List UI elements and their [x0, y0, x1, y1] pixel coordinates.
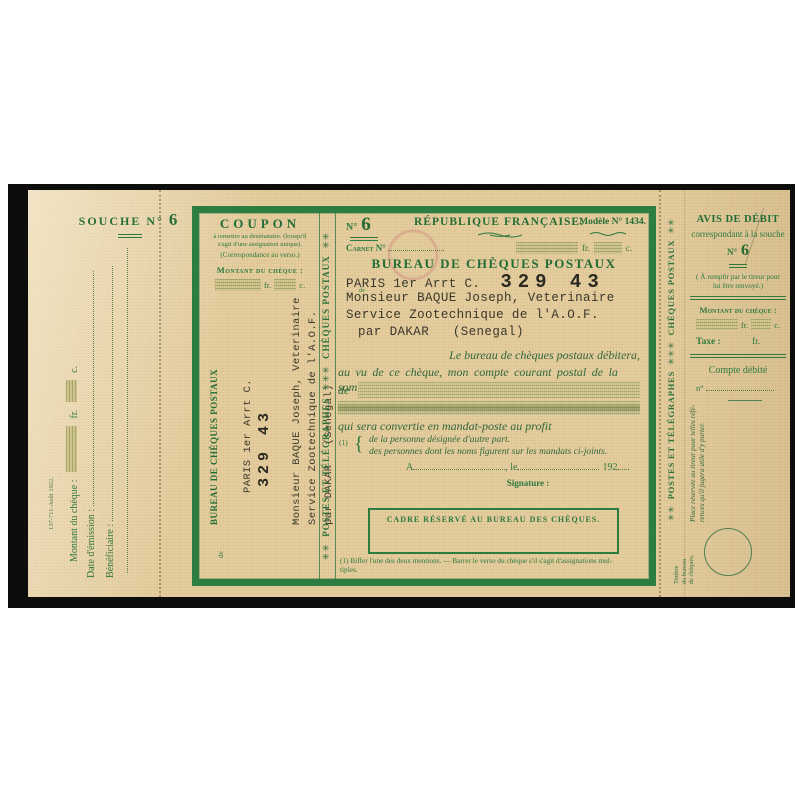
avis-account-writein: [706, 384, 774, 391]
coupon-typed-line1: PARIS 1er Arrt C. 329 43: [222, 307, 289, 525]
souche-underline: [118, 234, 142, 238]
typed-line1: PARIS 1er Arrt C. 329 43: [346, 271, 605, 293]
avis-place-note: Place réservée au tireur pour telles réf…: [689, 398, 706, 522]
avis-amount-row: fr. c.: [688, 319, 788, 330]
avis-taxe-fr: fr.: [752, 337, 760, 347]
option-1: de la personne désignée d'autre part.: [369, 435, 510, 445]
convert-clause: qui sera convertie en mandat-poste au pr…: [338, 419, 552, 434]
souche-date-line: Date d'émission :: [86, 271, 97, 578]
cadre-label: CADRE RÉSERVÉ AU BUREAU DES CHÈQUES.: [370, 515, 617, 524]
souche-montant-line: Montant du chèque : fr. c.: [66, 366, 80, 562]
coupon-cents-box: [274, 279, 296, 291]
cheque-paper: SOUCHE N° 6 Montant du chèque : fr. c. D…: [28, 190, 790, 597]
amount-band-2: [338, 401, 640, 415]
coupon-note-3: (Correspondance au verso.): [201, 251, 319, 259]
avis-strip: ✳✳ POSTES ET TÉLÉGRAPHES ✳✳✳ CHÈQUES POS…: [666, 212, 677, 527]
avis-rule-2: [690, 354, 786, 358]
avis-number-underline: [729, 264, 747, 268]
souche-cents-box: [66, 380, 77, 402]
modele-flourish: [588, 231, 632, 237]
avis-subtitle: correspondant à la souche: [686, 229, 790, 239]
coupon-amount-row: fr. c.: [204, 279, 316, 291]
place-writein: [413, 463, 505, 471]
year-writein: [617, 463, 627, 471]
option-2: des personnes dont les noms figurent sur…: [369, 447, 607, 457]
de-somme: de: [338, 383, 349, 398]
coupon-typed-line2: Monsieur BAQUE Joseph, Veterinaire: [289, 307, 305, 525]
option-marker: (1): [339, 438, 348, 447]
souche-blank-line: [127, 248, 128, 573]
souche-imprint: 137-711-Août 1922.: [48, 477, 55, 530]
amount-band-1: [358, 382, 640, 398]
coupon-amount-box: [215, 279, 261, 291]
coupon-note-1: à remettre au destinataire. (lorsqu'il: [201, 233, 319, 240]
coupon-montant-label: Montant du chèque :: [201, 265, 319, 275]
avis-compte-label: Compte débité: [686, 365, 790, 376]
coupon-title: COUPON: [204, 216, 316, 232]
footnote-1: (1) Biffer l'une des deux mentions. — Ba…: [340, 556, 644, 565]
souche-title: SOUCHE N° 6: [56, 210, 200, 230]
avis-montant-label: Montant du chèque :: [686, 305, 790, 315]
souche-beneficiaire-writein: [106, 266, 114, 521]
perforation-souche: [159, 190, 161, 597]
typed-line4: par DAKAR (Senegal): [358, 325, 524, 339]
scanned-postal-cheque: SOUCHE N° 6 Montant du chèque : fr. c. D…: [0, 0, 800, 800]
avis-account-row: n°: [696, 383, 774, 393]
footnote-2: tiples.: [340, 565, 358, 574]
souche-amount-box: [66, 426, 77, 472]
postes-telegraphes-strip: ✳✳ POSTES ET TÉLÉGRAPHES ✳✳✳ CHÈQUES POS…: [321, 217, 332, 575]
option-brace: {: [354, 433, 364, 456]
typed-line3: Service Zootechnique de l'A.O.F.: [346, 308, 599, 322]
avis-timbre-note: Timbre du bureau de chèques.: [673, 526, 696, 584]
cheque-amount-box: [516, 242, 578, 254]
coupon-de-label: de: [217, 551, 225, 558]
strip-rule-right: [335, 213, 336, 579]
republique-flourish: [476, 231, 524, 238]
avis-amount-box: [696, 319, 738, 330]
perforation-avis: [659, 190, 661, 597]
coupon-note-2: s'agit d'une assignation unique).: [201, 241, 319, 248]
souche-date-writein: [87, 271, 95, 506]
cadre-box: CADRE RÉSERVÉ AU BUREAU DES CHÈQUES.: [368, 508, 619, 554]
day-writein: [517, 463, 599, 471]
bureau-title: BUREAU DE CHÈQUES POSTAUX: [346, 256, 642, 272]
avis-title: AVIS DE DÉBIT: [688, 214, 788, 225]
souche-beneficiaire-line: Bénéficiaire :: [105, 266, 116, 578]
souche-section: SOUCHE N° 6 Montant du chèque : fr. c. D…: [28, 190, 188, 597]
avis-short-line: [728, 400, 762, 401]
avis-number: N° 6: [688, 242, 788, 260]
signature-label: Signature :: [458, 478, 598, 488]
typed-line2: Monsieur BAQUE Joseph, Veterinaire: [346, 291, 615, 305]
cheque-amount-row: fr. c.: [516, 242, 632, 254]
cheque-number: N° 6: [346, 214, 371, 236]
avis-cents-box: [751, 319, 771, 330]
coupon-vertical-block: BUREAU DE CHÈQUES POSTAUX PARIS 1er Arrt…: [206, 307, 337, 525]
stamp-circle: [704, 528, 752, 576]
cheque-number-underline: [350, 237, 378, 241]
avis-note-1: ( À remplir par le tireur pour: [686, 272, 790, 281]
avis-taxe-label: Taxe :: [696, 337, 721, 347]
avis-note-2: lui être renvoyé.): [686, 281, 790, 290]
date-line: A , le 192 .: [406, 462, 630, 473]
strip-rule-left: [319, 213, 320, 579]
cheque-cents-box: [594, 242, 622, 254]
debit-clause-1: Le bureau de chèques postaux débitera,: [340, 348, 640, 363]
modele-number: Modèle N° 1434.: [544, 217, 646, 227]
avis-rule-1: [690, 296, 786, 300]
coupon-bureau-vertical: BUREAU DE CHÈQUES POSTAUX: [206, 307, 222, 525]
